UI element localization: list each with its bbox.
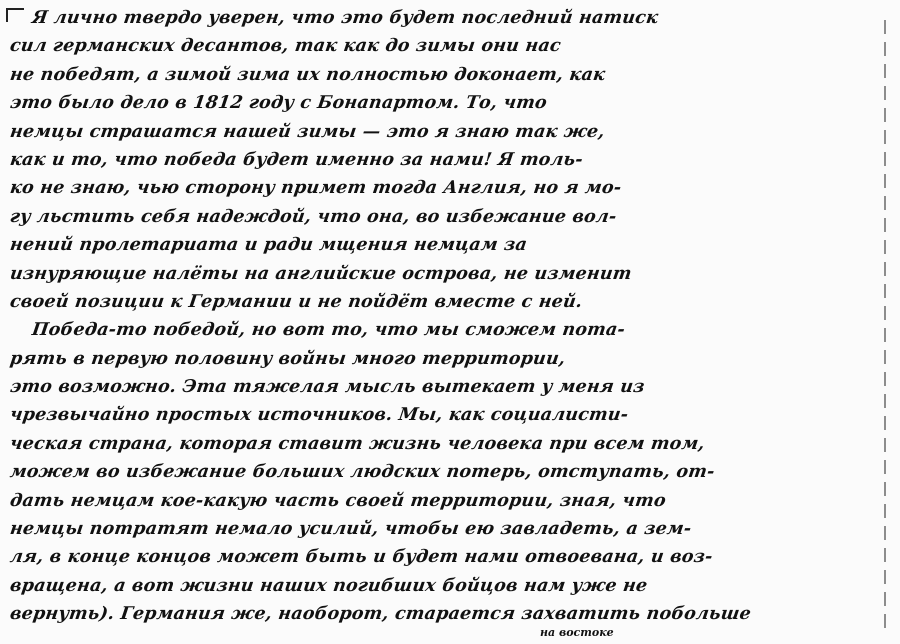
text-line: ко не знаю, чью сторону примет тогда Анг… — [8, 174, 882, 202]
text-line: Я лично твердо уверен, что это будет пос… — [8, 4, 882, 32]
text-line: сил германских десантов, так как до зимы… — [8, 32, 882, 60]
text-line: можем во избежание больших людских потер… — [8, 458, 882, 486]
text-line: ческая страна, которая ставит жизнь чело… — [8, 430, 882, 458]
text-line: рять в первую половину войны много терри… — [8, 345, 882, 373]
text-line: гу льстить себя надеждой, что она, во из… — [8, 203, 882, 231]
scan-corner-mark — [6, 8, 8, 22]
text-line: нений пролетариата и ради мщения немцам … — [8, 231, 882, 259]
text-line: немцы страшатся нашей зимы — это я знаю … — [8, 118, 882, 146]
text-line: как и то, что победа будет именно за нам… — [8, 146, 882, 174]
text-line: Победа-то победой, но вот то, что мы смо… — [8, 316, 882, 344]
text-line: вращена, а вот жизни наших погибших бойц… — [8, 572, 882, 600]
text-line: изнуряющие налёты на английские острова,… — [8, 260, 882, 288]
text-line: не победят, а зимой зима их полностью до… — [8, 61, 882, 89]
text-line: вернуть). Германия же, наоборот, старает… — [8, 600, 882, 628]
text-line: дать немцам кое-какую часть своей террит… — [8, 487, 882, 515]
page-edge — [884, 20, 886, 632]
text-line: своей позиции к Германии и не пойдёт вме… — [8, 288, 882, 316]
text-line: ля, в конце концов может быть и будет на… — [8, 543, 882, 571]
text-line: это возможно. Эта тяжелая мысль вытекает… — [8, 373, 882, 401]
text-line: это было дело в 1812 году с Бонапартом. … — [8, 89, 882, 117]
text-line: немцы потратят немало усилий, чтобы ею з… — [8, 515, 882, 543]
handwritten-text-body: Я лично твердо уверен, что это будет пос… — [10, 4, 880, 629]
text-line: чрезвычайно простых источников. Мы, как … — [8, 401, 882, 429]
scanned-handwritten-page: Я лично твердо уверен, что это будет пос… — [0, 0, 900, 644]
interlinear-note: на востоке — [540, 626, 614, 639]
